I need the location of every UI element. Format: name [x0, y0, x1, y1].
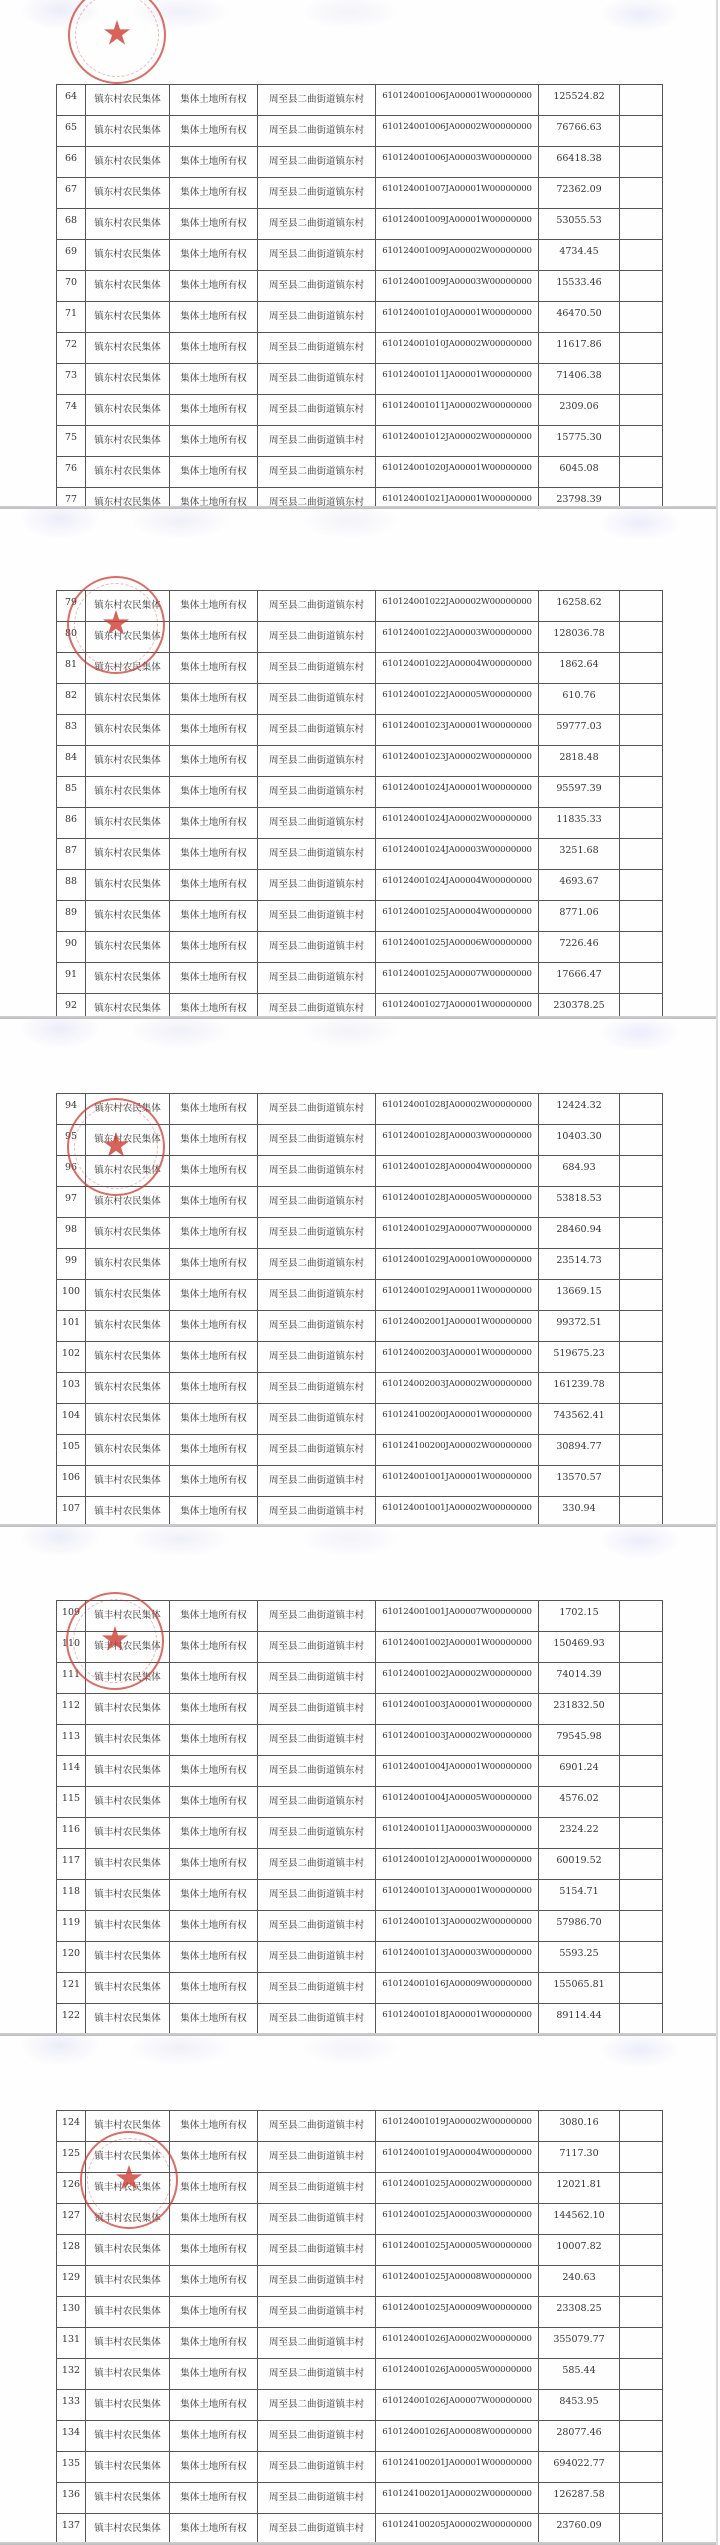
table-row: 128镇丰村农民集体集体土地所有权周至县二曲街道镇丰村610124001025J… [57, 2235, 663, 2266]
owner-name: 镇丰村农民集体 [86, 2111, 170, 2142]
remarks [620, 85, 663, 116]
area-value: 128036.78 [539, 622, 620, 653]
owner-name: 镇东村农民集体 [86, 963, 170, 994]
table-row: 130镇丰村农民集体集体土地所有权周至县二曲街道镇丰村610124001025J… [57, 2297, 663, 2328]
right-type: 集体土地所有权 [170, 901, 258, 932]
owner-name: 镇东村农民集体 [86, 1373, 170, 1404]
remarks [620, 746, 663, 777]
row-number: 106 [57, 1466, 86, 1497]
remarks [620, 2204, 663, 2235]
area-value: 4734.45 [539, 240, 620, 271]
table-row: 129镇丰村农民集体集体土地所有权周至县二曲街道镇丰村610124001025J… [57, 2266, 663, 2297]
parcel-code: 610124001006JA00001W00000000 [376, 85, 539, 116]
land-location: 周至县二曲街道镇东村 [258, 684, 376, 715]
right-type: 集体土地所有权 [170, 1942, 258, 1973]
right-type: 集体土地所有权 [170, 591, 258, 622]
parcel-code: 610124100201JA00001W00000000 [376, 2452, 539, 2483]
land-location: 周至县二曲街道镇东村 [258, 1094, 376, 1125]
parcel-code: 610124001023JA00001W00000000 [376, 715, 539, 746]
right-type: 集体土地所有权 [170, 2297, 258, 2328]
land-location: 周至县二曲街道镇东村 [258, 116, 376, 147]
right-type: 集体土地所有权 [170, 2328, 258, 2359]
parcel-code: 610124001001JA00001W00000000 [376, 1466, 539, 1497]
area-value: 13570.57 [539, 1466, 620, 1497]
area-value: 11835.33 [539, 808, 620, 839]
land-location: 周至县二曲街道镇东村 [258, 653, 376, 684]
owner-name: 镇东村农民集体 [86, 1342, 170, 1373]
owner-name: 镇丰村农民集体 [86, 1880, 170, 1911]
land-location: 周至县二曲街道镇丰村 [258, 2173, 376, 2204]
right-type: 集体土地所有权 [170, 777, 258, 808]
right-type: 集体土地所有权 [170, 839, 258, 870]
row-number: 136 [57, 2483, 86, 2514]
owner-name: 镇东村农民集体 [86, 932, 170, 963]
land-location: 周至县二曲街道镇东村 [258, 302, 376, 333]
land-location: 周至县二曲街道镇丰村 [258, 2004, 376, 2035]
owner-name: 镇东村农民集体 [86, 622, 170, 653]
owner-name: 镇丰村农民集体 [86, 1632, 170, 1663]
parcel-code: 610124001019JA00002W00000000 [376, 2111, 539, 2142]
area-value: 46470.50 [539, 302, 620, 333]
right-type: 集体土地所有权 [170, 2173, 258, 2204]
table-row: 73镇东村农民集体集体土地所有权周至县二曲街道镇东村610124001011JA… [57, 364, 663, 395]
owner-name: 镇东村农民集体 [86, 209, 170, 240]
table-row: 125镇丰村农民集体集体土地所有权周至县二曲街道镇丰村610124001019J… [57, 2142, 663, 2173]
owner-name: 镇东村农民集体 [86, 808, 170, 839]
remarks [620, 622, 663, 653]
area-value: 17666.47 [539, 963, 620, 994]
table-row: 80镇东村农民集体集体土地所有权周至县二曲街道镇东村610124001022JA… [57, 622, 663, 653]
parcel-code: 610124001025JA00002W00000000 [376, 2173, 539, 2204]
remarks [620, 2421, 663, 2452]
area-value: 53055.53 [539, 209, 620, 240]
owner-name: 镇丰村农民集体 [86, 1942, 170, 1973]
owner-name: 镇东村农民集体 [86, 1094, 170, 1125]
area-value: 5154.71 [539, 1880, 620, 1911]
land-location: 周至县二曲街道镇丰村 [258, 1663, 376, 1694]
land-location: 周至县二曲街道镇东村 [258, 1342, 376, 1373]
remarks [620, 2328, 663, 2359]
land-location: 周至县二曲街道镇丰村 [258, 1466, 376, 1497]
table-row: 99镇东村农民集体集体土地所有权周至县二曲街道镇东村610124001029JA… [57, 1249, 663, 1280]
table-row: 106镇丰村农民集体集体土地所有权周至县二曲街道镇丰村610124001001J… [57, 1466, 663, 1497]
right-type: 集体土地所有权 [170, 271, 258, 302]
land-location: 周至县二曲街道镇丰村 [258, 1694, 376, 1725]
area-value: 743562.41 [539, 1404, 620, 1435]
right-type: 集体土地所有权 [170, 85, 258, 116]
row-number: 130 [57, 2297, 86, 2328]
owner-name: 镇丰村农民集体 [86, 2142, 170, 2173]
remarks [620, 1787, 663, 1818]
owner-name: 镇东村农民集体 [86, 271, 170, 302]
right-type: 集体土地所有权 [170, 1311, 258, 1342]
land-location: 周至县二曲街道镇东村 [258, 395, 376, 426]
right-type: 集体土地所有权 [170, 1094, 258, 1125]
right-type: 集体土地所有权 [170, 1187, 258, 1218]
land-location: 周至县二曲街道镇丰村 [258, 1497, 376, 1528]
right-type: 集体土地所有权 [170, 1404, 258, 1435]
area-value: 150469.93 [539, 1632, 620, 1663]
owner-name: 镇东村农民集体 [86, 684, 170, 715]
owner-name: 镇东村农民集体 [86, 1125, 170, 1156]
land-location: 周至县二曲街道镇丰村 [258, 2111, 376, 2142]
parcel-code: 610124001002JA00002W00000000 [376, 1663, 539, 1694]
row-number: 76 [57, 457, 86, 488]
owner-name: 镇东村农民集体 [86, 147, 170, 178]
remarks [620, 1632, 663, 1663]
row-number: 94 [57, 1094, 86, 1125]
parcel-code: 610124001028JA00003W00000000 [376, 1125, 539, 1156]
land-location: 周至县二曲街道镇丰村 [258, 2514, 376, 2545]
table-row: 132镇丰村农民集体集体土地所有权周至县二曲街道镇丰村610124001026J… [57, 2359, 663, 2390]
owner-name: 镇东村农民集体 [86, 240, 170, 271]
area-value: 330.94 [539, 1497, 620, 1528]
owner-name: 镇东村农民集体 [86, 746, 170, 777]
table-row: 87镇东村农民集体集体土地所有权周至县二曲街道镇东村610124001024JA… [57, 839, 663, 870]
area-value: 10007.82 [539, 2235, 620, 2266]
table-row: 122镇丰村农民集体集体土地所有权周至县二曲街道镇丰村610124001018J… [57, 2004, 663, 2035]
table-row: 119镇丰村农民集体集体土地所有权周至县二曲街道镇丰村610124001013J… [57, 1911, 663, 1942]
land-location: 周至县二曲街道镇丰村 [258, 1942, 376, 1973]
row-number: 99 [57, 1249, 86, 1280]
table-row: 91镇东村农民集体集体土地所有权周至县二曲街道镇东村610124001025JA… [57, 963, 663, 994]
row-number: 70 [57, 271, 86, 302]
area-value: 1862.64 [539, 653, 620, 684]
table-row: 118镇丰村农民集体集体土地所有权周至县二曲街道镇丰村610124001013J… [57, 1880, 663, 1911]
register-table: 64镇东村农民集体集体土地所有权周至县二曲街道镇东村610124001006JA… [56, 84, 663, 509]
remarks [620, 488, 663, 510]
table-row: 72镇东村农民集体集体土地所有权周至县二曲街道镇东村610124001010JA… [57, 333, 663, 364]
right-type: 集体土地所有权 [170, 808, 258, 839]
right-type: 集体土地所有权 [170, 1435, 258, 1466]
remarks [620, 1435, 663, 1466]
land-location: 周至县二曲街道镇东村 [258, 488, 376, 510]
area-value: 4693.67 [539, 870, 620, 901]
owner-name: 镇丰村农民集体 [86, 1973, 170, 2004]
owner-name: 镇丰村农民集体 [86, 1497, 170, 1528]
area-value: 23514.73 [539, 1249, 620, 1280]
remarks [620, 2452, 663, 2483]
right-type: 集体土地所有权 [170, 2266, 258, 2297]
parcel-code: 610124001013JA00003W00000000 [376, 1942, 539, 1973]
remarks [620, 1187, 663, 1218]
row-number: 134 [57, 2421, 86, 2452]
area-value: 15775.30 [539, 426, 620, 457]
area-value: 231832.50 [539, 1694, 620, 1725]
land-location: 周至县二曲街道镇丰村 [258, 1849, 376, 1880]
parcel-code: 610124001024JA00003W00000000 [376, 839, 539, 870]
row-number: 66 [57, 147, 86, 178]
table-row: 77镇东村农民集体集体土地所有权周至县二曲街道镇东村610124001021JA… [57, 488, 663, 510]
right-type: 集体土地所有权 [170, 1342, 258, 1373]
row-number: 86 [57, 808, 86, 839]
land-location: 周至县二曲街道镇东村 [258, 1404, 376, 1435]
parcel-code: 610124001020JA00001W00000000 [376, 457, 539, 488]
row-number: 127 [57, 2204, 86, 2235]
area-value: 161239.78 [539, 1373, 620, 1404]
area-value: 28460.94 [539, 1218, 620, 1249]
area-value: 10403.30 [539, 1125, 620, 1156]
right-type: 集体土地所有权 [170, 1218, 258, 1249]
area-value: 694022.77 [539, 2452, 620, 2483]
remarks [620, 839, 663, 870]
right-type: 集体土地所有权 [170, 746, 258, 777]
remarks [620, 1973, 663, 2004]
row-number: 110 [57, 1632, 86, 1663]
owner-name: 镇东村农民集体 [86, 591, 170, 622]
remarks [620, 1218, 663, 1249]
row-number: 105 [57, 1435, 86, 1466]
right-type: 集体土地所有权 [170, 653, 258, 684]
row-number: 100 [57, 1280, 86, 1311]
parcel-code: 610124001029JA00010W00000000 [376, 1249, 539, 1280]
owner-name: 镇丰村农民集体 [86, 2204, 170, 2235]
row-number: 119 [57, 1911, 86, 1942]
table-row: 82镇东村农民集体集体土地所有权周至县二曲街道镇东村610124001022JA… [57, 684, 663, 715]
remarks [620, 994, 663, 1020]
row-number: 90 [57, 932, 86, 963]
table-row: 136镇丰村农民集体集体土地所有权周至县二曲街道镇丰村610124100201J… [57, 2483, 663, 2514]
land-location: 周至县二曲街道镇丰村 [258, 1880, 376, 1911]
right-type: 集体土地所有权 [170, 209, 258, 240]
right-type: 集体土地所有权 [170, 932, 258, 963]
right-type: 集体土地所有权 [170, 302, 258, 333]
remarks [620, 808, 663, 839]
owner-name: 镇东村农民集体 [86, 364, 170, 395]
table-row: 137镇丰村农民集体集体土地所有权周至县二曲街道镇丰村610124100205J… [57, 2514, 663, 2545]
row-number: 113 [57, 1725, 86, 1756]
parcel-code: 610124001003JA00001W00000000 [376, 1694, 539, 1725]
land-location: 周至县二曲街道镇丰村 [258, 2359, 376, 2390]
owner-name: 镇东村农民集体 [86, 1311, 170, 1342]
row-number: 135 [57, 2452, 86, 2483]
table-row: 89镇东村农民集体集体土地所有权周至县二曲街道镇丰村610124001025JA… [57, 901, 663, 932]
remarks [620, 209, 663, 240]
land-location: 周至县二曲街道镇东村 [258, 808, 376, 839]
scan-smudge [0, 509, 716, 549]
row-number: 137 [57, 2514, 86, 2545]
land-location: 周至县二曲街道镇东村 [258, 1311, 376, 1342]
owner-name: 镇东村农民集体 [86, 839, 170, 870]
table-row: 85镇东村农民集体集体土地所有权周至县二曲街道镇东村610124001024JA… [57, 777, 663, 808]
parcel-code: 610124001023JA00002W00000000 [376, 746, 539, 777]
right-type: 集体土地所有权 [170, 488, 258, 510]
area-value: 5593.25 [539, 1942, 620, 1973]
owner-name: 镇东村农民集体 [86, 777, 170, 808]
remarks [620, 116, 663, 147]
land-location: 周至县二曲街道镇丰村 [258, 901, 376, 932]
row-number: 125 [57, 2142, 86, 2173]
parcel-code: 610124001028JA00005W00000000 [376, 1187, 539, 1218]
right-type: 集体土地所有权 [170, 1466, 258, 1497]
parcel-code: 610124002001JA00001W00000000 [376, 1311, 539, 1342]
remarks [620, 1342, 663, 1373]
land-location: 周至县二曲街道镇东村 [258, 839, 376, 870]
remarks [620, 2359, 663, 2390]
parcel-code: 610124001004JA00001W00000000 [376, 1756, 539, 1787]
remarks [620, 1601, 663, 1632]
area-value: 8453.95 [539, 2390, 620, 2421]
row-number: 92 [57, 994, 86, 1020]
owner-name: 镇东村农民集体 [86, 994, 170, 1020]
row-number: 114 [57, 1756, 86, 1787]
right-type: 集体土地所有权 [170, 684, 258, 715]
land-location: 周至县二曲街道镇东村 [258, 963, 376, 994]
parcel-code: 610124001007JA00001W00000000 [376, 178, 539, 209]
remarks [620, 932, 663, 963]
owner-name: 镇东村农民集体 [86, 1156, 170, 1187]
area-value: 2309.06 [539, 395, 620, 426]
parcel-code: 610124100200JA00001W00000000 [376, 1404, 539, 1435]
area-value: 7226.46 [539, 932, 620, 963]
row-number: 112 [57, 1694, 86, 1725]
table-row: 127镇丰村农民集体集体土地所有权周至县二曲街道镇丰村610124001025J… [57, 2204, 663, 2235]
parcel-code: 610124001012JA00001W00000000 [376, 1849, 539, 1880]
table-row: 94镇东村农民集体集体土地所有权周至县二曲街道镇东村610124001028JA… [57, 1094, 663, 1125]
right-type: 集体土地所有权 [170, 2111, 258, 2142]
right-type: 集体土地所有权 [170, 1280, 258, 1311]
parcel-code: 610124001025JA00007W00000000 [376, 963, 539, 994]
land-location: 周至县二曲街道镇丰村 [258, 1601, 376, 1632]
row-number: 69 [57, 240, 86, 271]
remarks [620, 333, 663, 364]
land-location: 周至县二曲街道镇东村 [258, 1125, 376, 1156]
land-location: 周至县二曲街道镇丰村 [258, 2204, 376, 2235]
parcel-code: 610124001010JA00001W00000000 [376, 302, 539, 333]
owner-name: 镇丰村农民集体 [86, 2421, 170, 2452]
table-row: 107镇丰村农民集体集体土地所有权周至县二曲街道镇丰村610124001001J… [57, 1497, 663, 1528]
parcel-code: 610124001024JA00002W00000000 [376, 808, 539, 839]
owner-name: 镇东村农民集体 [86, 457, 170, 488]
row-number: 122 [57, 2004, 86, 2035]
remarks [620, 1818, 663, 1849]
right-type: 集体土地所有权 [170, 1911, 258, 1942]
owner-name: 镇东村农民集体 [86, 715, 170, 746]
row-number: 96 [57, 1156, 86, 1187]
owner-name: 镇东村农民集体 [86, 653, 170, 684]
owner-name: 镇丰村农民集体 [86, 1787, 170, 1818]
parcel-code: 610124001022JA00002W00000000 [376, 591, 539, 622]
parcel-code: 610124001002JA00001W00000000 [376, 1632, 539, 1663]
row-number: 129 [57, 2266, 86, 2297]
owner-name: 镇丰村农民集体 [86, 1466, 170, 1497]
table-row: 81镇东村农民集体集体土地所有权周至县二曲街道镇东村610124001022JA… [57, 653, 663, 684]
table-row: 117镇丰村农民集体集体土地所有权周至县二曲街道镇丰村610124001012J… [57, 1849, 663, 1880]
remarks [620, 271, 663, 302]
owner-name: 镇丰村农民集体 [86, 2390, 170, 2421]
parcel-code: 610124001012JA00002W00000000 [376, 426, 539, 457]
right-type: 集体土地所有权 [170, 426, 258, 457]
parcel-code: 610124001021JA00001W00000000 [376, 488, 539, 510]
owner-name: 镇丰村农民集体 [86, 2173, 170, 2204]
right-type: 集体土地所有权 [170, 2359, 258, 2390]
row-number: 79 [57, 591, 86, 622]
table-row: 121镇丰村农民集体集体土地所有权周至县二曲街道镇丰村610124001016J… [57, 1973, 663, 2004]
parcel-code: 610124001013JA00001W00000000 [376, 1880, 539, 1911]
remarks [620, 1663, 663, 1694]
land-location: 周至县二曲街道镇东村 [258, 591, 376, 622]
parcel-code: 610124001011JA00001W00000000 [376, 364, 539, 395]
land-location: 周至县二曲街道镇东村 [258, 209, 376, 240]
right-type: 集体土地所有权 [170, 1663, 258, 1694]
row-number: 128 [57, 2235, 86, 2266]
area-value: 6045.08 [539, 457, 620, 488]
row-number: 84 [57, 746, 86, 777]
area-value: 3251.68 [539, 839, 620, 870]
register-table: 79镇东村农民集体集体土地所有权周至县二曲街道镇东村610124001022JA… [56, 590, 663, 1019]
land-location: 周至县二曲街道镇丰村 [258, 2297, 376, 2328]
table-row: 90镇东村农民集体集体土地所有权周至县二曲街道镇丰村610124001025JA… [57, 932, 663, 963]
row-number: 124 [57, 2111, 86, 2142]
parcel-code: 610124001025JA00008W00000000 [376, 2266, 539, 2297]
table-row: 83镇东村农民集体集体土地所有权周至县二曲街道镇东村610124001023JA… [57, 715, 663, 746]
land-location: 周至县二曲街道镇丰村 [258, 2390, 376, 2421]
scan-smudge [0, 1019, 716, 1059]
area-value: 66418.38 [539, 147, 620, 178]
parcel-code: 610124001010JA00002W00000000 [376, 333, 539, 364]
land-location: 周至县二曲街道镇东村 [258, 147, 376, 178]
remarks [620, 1694, 663, 1725]
land-location: 周至县二曲街道镇东村 [258, 1218, 376, 1249]
land-location: 周至县二曲街道镇丰村 [258, 932, 376, 963]
table-row: 98镇东村农民集体集体土地所有权周至县二曲街道镇东村610124001029JA… [57, 1218, 663, 1249]
land-location: 周至县二曲街道镇丰村 [258, 1725, 376, 1756]
remarks [620, 2390, 663, 2421]
remarks [620, 2173, 663, 2204]
land-location: 周至县二曲街道镇丰村 [258, 2142, 376, 2173]
remarks [620, 901, 663, 932]
table-row: 111镇丰村农民集体集体土地所有权周至县二曲街道镇丰村610124001002J… [57, 1663, 663, 1694]
right-type: 集体土地所有权 [170, 2390, 258, 2421]
right-type: 集体土地所有权 [170, 2142, 258, 2173]
remarks [620, 1280, 663, 1311]
area-value: 76766.63 [539, 116, 620, 147]
remarks [620, 1911, 663, 1942]
land-location: 周至县二曲街道镇东村 [258, 1435, 376, 1466]
row-number: 68 [57, 209, 86, 240]
right-type: 集体土地所有权 [170, 457, 258, 488]
remarks [620, 1756, 663, 1787]
right-type: 集体土地所有权 [170, 240, 258, 271]
land-location: 周至县二曲街道镇东村 [258, 1787, 376, 1818]
area-value: 79545.98 [539, 1725, 620, 1756]
row-number: 85 [57, 777, 86, 808]
row-number: 102 [57, 1342, 86, 1373]
right-type: 集体土地所有权 [170, 395, 258, 426]
area-value: 59777.03 [539, 715, 620, 746]
parcel-code: 610124100201JA00002W00000000 [376, 2483, 539, 2514]
parcel-code: 610124001026JA00005W00000000 [376, 2359, 539, 2390]
right-type: 集体土地所有权 [170, 2514, 258, 2545]
row-number: 89 [57, 901, 86, 932]
owner-name: 镇东村农民集体 [86, 116, 170, 147]
area-value: 240.63 [539, 2266, 620, 2297]
row-number: 73 [57, 364, 86, 395]
owner-name: 镇东村农民集体 [86, 901, 170, 932]
table-row: 71镇东村农民集体集体土地所有权周至县二曲街道镇东村610124001010JA… [57, 302, 663, 333]
parcel-code: 610124001004JA00005W00000000 [376, 1787, 539, 1818]
land-location: 周至县二曲街道镇丰村 [258, 2421, 376, 2452]
parcel-code: 610124001016JA00009W00000000 [376, 1973, 539, 2004]
remarks [620, 1125, 663, 1156]
table-row: 113镇丰村农民集体集体土地所有权周至县二曲街道镇丰村610124001003J… [57, 1725, 663, 1756]
table-row: 124镇丰村农民集体集体土地所有权周至县二曲街道镇丰村610124001019J… [57, 2111, 663, 2142]
remarks [620, 1404, 663, 1435]
right-type: 集体土地所有权 [170, 1880, 258, 1911]
table-row: 103镇东村农民集体集体土地所有权周至县二曲街道镇东村610124002003J… [57, 1373, 663, 1404]
owner-name: 镇东村农民集体 [86, 488, 170, 510]
table-row: 97镇东村农民集体集体土地所有权周至县二曲街道镇东村610124001028JA… [57, 1187, 663, 1218]
